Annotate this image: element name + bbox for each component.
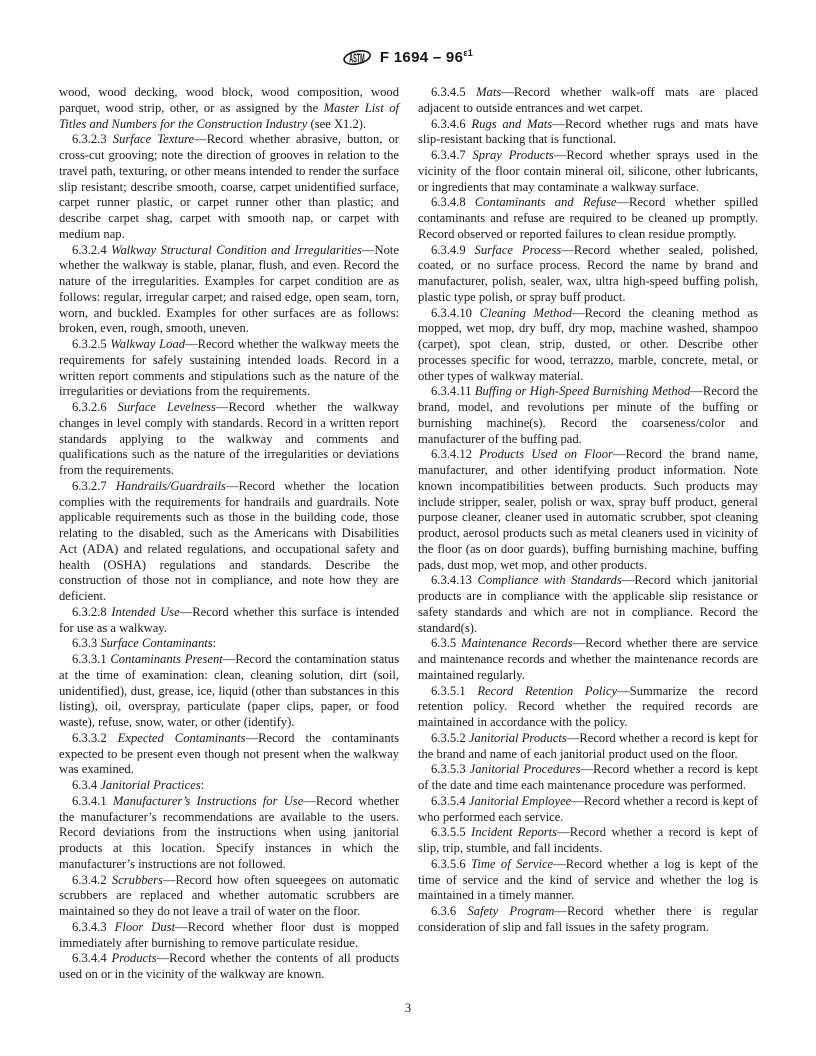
text-run: Surface Levelness [118,400,216,414]
text-run: Expected Contaminants [118,731,246,745]
text-run: 6.3.5.1 [431,684,477,698]
paragraph: 6.3.5.4 Janitorial Employee—Record wheth… [418,794,758,826]
text-run: Compliance with Standards [477,573,621,587]
text-run: Rugs and Mats [471,117,552,131]
text-run: : [213,636,217,650]
text-run: Record Retention Policy [477,684,617,698]
paragraph: 6.3.4 Janitorial Practices: [59,778,399,794]
text-run: Mats [476,85,501,99]
text-run: Janitorial Employee [469,794,571,808]
paragraph: 6.3.4.7 Spray Products—Record whether sp… [418,148,758,195]
text-run: 6.3.4.5 [431,85,476,99]
paragraph: 6.3.4.6 Rugs and Mats—Record whether rug… [418,117,758,149]
text-run: Products [112,951,157,965]
text-run: 6.3.5 [431,636,461,650]
text-run: Contaminants and Refuse [475,195,617,209]
text-run: Spray Products [473,148,554,162]
text-run: 6.3.4.13 [431,573,477,587]
text-run: Cleaning Method [480,306,572,320]
text-run: Surface Process [475,243,562,257]
text-run: Walkway Load [110,337,185,351]
text-run: 6.3.4.12 [431,447,479,461]
text-run: 6.3.2.4 [72,243,111,257]
text-run: Floor Dust [115,920,175,934]
text-run: 6.3.5.6 [431,857,471,871]
paragraph: 6.3.2.8 Intended Use—Record whether this… [59,605,399,637]
text-run: Intended Use [111,605,179,619]
text-run: Manufacturer’s Instructions for Use [113,794,303,808]
paragraph: wood, wood decking, wood block, wood com… [59,85,399,132]
text-run: Products Used on Floor [479,447,613,461]
paragraph: 6.3.2.6 Surface Levelness—Record whether… [59,400,399,479]
paragraph: 6.3.5 Maintenance Records—Record whether… [418,636,758,683]
text-run: —Record whether the location complies wi… [59,479,399,603]
page-number: 3 [405,1001,411,1015]
svg-text:ASTM: ASTM [349,50,364,65]
paragraph: 6.3.3 Surface Contaminants: [59,636,399,652]
text-run: 6.3.5.2 [431,731,469,745]
paragraph: 6.3.5.1 Record Retention Policy—Summariz… [418,684,758,731]
text-run: 6.3.4.9 [431,243,475,257]
document-page: ASTM F 1694 – 96ε1 wood, wood decking, w… [0,0,816,1056]
paragraph: 6.3.5.6 Time of Service—Record whether a… [418,857,758,904]
paragraph: 6.3.2.3 Surface Texture—Record whether a… [59,132,399,242]
text-run: (see X1.2). [307,117,366,131]
text-run: 6.3.4.6 [431,117,471,131]
paragraph: 6.3.4.9 Surface Process—Record whether s… [418,243,758,306]
text-run: 6.3.6 [431,904,467,918]
text-run: 6.3.5.5 [431,825,471,839]
text-run: 6.3.3.2 [72,731,118,745]
text-run: : [201,778,205,792]
paragraph: 6.3.4.4 Products—Record whether the cont… [59,951,399,983]
text-run: 6.3.4.10 [431,306,480,320]
paragraph: 6.3.4.1 Manufacturer’s Instructions for … [59,794,399,873]
paragraph: 6.3.2.4 Walkway Structural Condition and… [59,243,399,338]
paragraph: 6.3.4.2 Scrubbers—Record how often squee… [59,873,399,920]
text-run: —Record the brand name, manufacturer, an… [418,447,758,571]
text-run: Maintenance Records [461,636,572,650]
text-run: 6.3.2.6 [72,400,118,414]
text-run: —Record whether abrasive, button, or cro… [59,132,399,241]
paragraph: 6.3.3.2 Expected Contaminants—Record the… [59,731,399,778]
text-run: 6.3.4.8 [431,195,475,209]
paragraph: 6.3.4.11 Buffing or High-Speed Burnishin… [418,384,758,447]
right-column: 6.3.4.5 Mats—Record whether walk-off mat… [418,85,758,983]
text-run: 6.3.4.11 [431,384,475,398]
document-header: ASTM F 1694 – 96ε1 [0,44,816,70]
paragraph: 6.3.4.10 Cleaning Method—Record the clea… [418,306,758,385]
text-run: Incident Reports [471,825,557,839]
designation-number: F 1694 – 96 [380,49,463,66]
text-run: 6.3.4 [72,778,100,792]
text-run: Safety Program [467,904,554,918]
paragraph: 6.3.3.1 Contaminants Present—Record the … [59,652,399,731]
designation-superscript: ε1 [463,48,473,58]
standard-designation: F 1694 – 96ε1 [380,49,473,66]
text-run: 6.3.2.7 [72,479,116,493]
text-run: 6.3.3.1 [72,652,110,666]
text-run: Handrails/Guardrails [116,479,226,493]
paragraph: 6.3.5.5 Incident Reports—Record whether … [418,825,758,857]
paragraph: 6.3.4.13 Compliance with Standards—Recor… [418,573,758,636]
paragraph: 6.3.5.2 Janitorial Products—Record wheth… [418,731,758,763]
text-run: 6.3.4.4 [72,951,112,965]
text-run: 6.3.2.5 [72,337,110,351]
text-run: Surface Contaminants [100,636,212,650]
text-run: Buffing or High-Speed Burnishing Method [475,384,691,398]
text-run: Walkway Structural Condition and Irregul… [111,243,362,257]
text-run: Janitorial Practices [100,778,200,792]
text-run: Janitorial Products [469,731,567,745]
text-run: 6.3.3 [72,636,100,650]
paragraph: 6.3.6 Safety Program—Record whether ther… [418,904,758,936]
text-run: 6.3.5.4 [431,794,469,808]
text-run: 6.3.4.1 [72,794,113,808]
text-run: 6.3.2.3 [72,132,113,146]
paragraph: 6.3.4.8 Contaminants and Refuse—Record w… [418,195,758,242]
paragraph: 6.3.2.7 Handrails/Guardrails—Record whet… [59,479,399,605]
text-run: Contaminants Present [110,652,222,666]
text-run: Surface Texture [113,132,194,146]
paragraph: 6.3.5.3 Janitorial Procedures—Record whe… [418,762,758,794]
text-run: Scrubbers [112,873,163,887]
astm-logo-icon: ASTM [343,46,373,69]
paragraph: 6.3.2.5 Walkway Load—Record whether the … [59,337,399,400]
paragraph: 6.3.4.5 Mats—Record whether walk-off mat… [418,85,758,117]
text-run: 6.3.2.8 [72,605,111,619]
paragraph: 6.3.4.3 Floor Dust—Record whether floor … [59,920,399,952]
text-run: 6.3.4.7 [431,148,473,162]
page-footer: 3 [0,1001,816,1016]
text-run: Janitorial Procedures [470,762,581,776]
text-run: Time of Service [471,857,553,871]
left-column: wood, wood decking, wood block, wood com… [59,85,399,983]
text-run: 6.3.4.2 [72,873,112,887]
document-body: wood, wood decking, wood block, wood com… [59,85,758,983]
text-run: 6.3.4.3 [72,920,115,934]
paragraph: 6.3.4.12 Products Used on Floor—Record t… [418,447,758,573]
text-run: 6.3.5.3 [431,762,470,776]
